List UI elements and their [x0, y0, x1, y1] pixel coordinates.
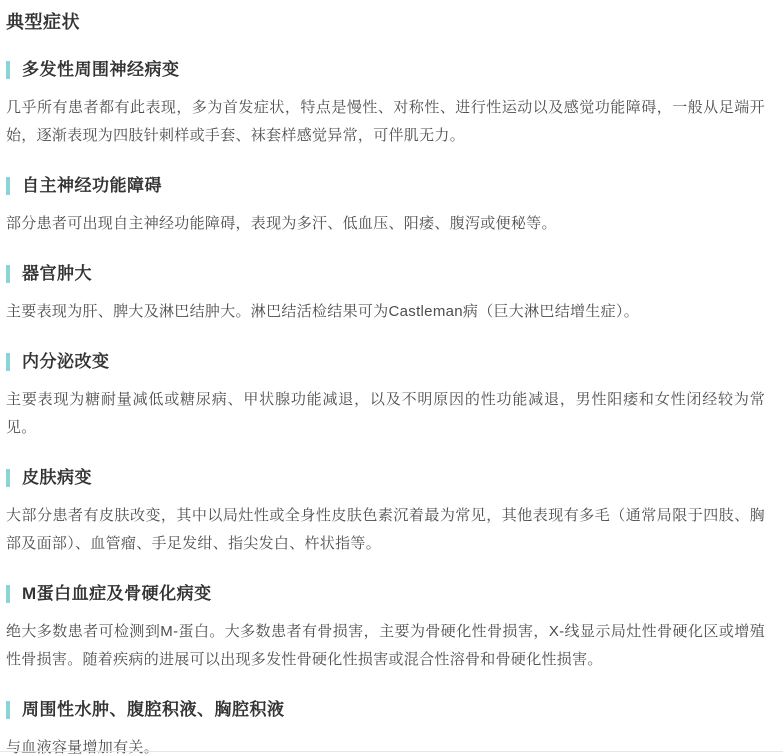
accent-bar — [6, 353, 10, 371]
symptom-section: M蛋白血症及骨硬化病变 绝大多数患者可检测到M-蛋白。大多数患者有骨损害，主要为… — [6, 583, 765, 674]
section-heading-text: 多发性周围神经病变 — [22, 59, 180, 81]
section-heading-text: 周围性水肿、腹腔积液、胸腔积液 — [22, 699, 285, 721]
section-heading: 周围性水肿、腹腔积液、胸腔积液 — [6, 699, 765, 721]
bottom-divider — [0, 751, 783, 752]
accent-bar — [6, 177, 10, 195]
accent-bar — [6, 61, 10, 79]
section-heading-text: 皮肤病变 — [22, 467, 92, 489]
section-heading: 皮肤病变 — [6, 467, 765, 489]
symptom-section: 内分泌改变 主要表现为糖耐量减低或糖尿病、甲状腺功能减退，以及不明原因的性功能减… — [6, 351, 765, 442]
accent-bar — [6, 585, 10, 603]
section-body: 主要表现为糖耐量减低或糖尿病、甲状腺功能减退，以及不明原因的性功能减退，男性阳痿… — [6, 386, 765, 442]
section-body: 几乎所有患者都有此表现，多为首发症状，特点是慢性、对称性、进行性运动以及感觉功能… — [6, 94, 765, 150]
section-heading-text: 内分泌改变 — [22, 351, 110, 373]
section-heading-text: 自主神经功能障碍 — [22, 175, 162, 197]
accent-bar — [6, 265, 10, 283]
section-heading: 多发性周围神经病变 — [6, 59, 765, 81]
section-heading-text: M蛋白血症及骨硬化病变 — [22, 583, 212, 605]
accent-bar — [6, 701, 10, 719]
symptom-section: 皮肤病变 大部分患者有皮肤改变，其中以局灶性或全身性皮肤色素沉着最为常见，其他表… — [6, 467, 765, 558]
symptom-section: 自主神经功能障碍 部分患者可出现自主神经功能障碍，表现为多汗、低血压、阳痿、腹泻… — [6, 175, 765, 238]
section-body: 部分患者可出现自主神经功能障碍，表现为多汗、低血压、阳痿、腹泻或便秘等。 — [6, 210, 765, 238]
accent-bar — [6, 469, 10, 487]
section-body: 主要表现为肝、脾大及淋巴结肿大。淋巴结活检结果可为Castleman病（巨大淋巴… — [6, 298, 765, 326]
symptom-section: 器官肿大 主要表现为肝、脾大及淋巴结肿大。淋巴结活检结果可为Castleman病… — [6, 263, 765, 326]
section-heading: 器官肿大 — [6, 263, 765, 285]
section-heading: 自主神经功能障碍 — [6, 175, 765, 197]
section-heading-text: 器官肿大 — [22, 263, 92, 285]
page-title: 典型症状 — [6, 10, 765, 34]
symptom-section: 多发性周围神经病变 几乎所有患者都有此表现，多为首发症状，特点是慢性、对称性、进… — [6, 59, 765, 150]
section-heading: 内分泌改变 — [6, 351, 765, 373]
section-body: 绝大多数患者可检测到M-蛋白。大多数患者有骨损害，主要为骨硬化性骨损害，X-线显… — [6, 618, 765, 674]
section-body: 大部分患者有皮肤改变，其中以局灶性或全身性皮肤色素沉着最为常见，其他表现有多毛（… — [6, 502, 765, 558]
symptom-section: 周围性水肿、腹腔积液、胸腔积液 与血液容量增加有关。 — [6, 699, 765, 754]
article-page: 典型症状 多发性周围神经病变 几乎所有患者都有此表现，多为首发症状，特点是慢性、… — [0, 0, 783, 754]
section-heading: M蛋白血症及骨硬化病变 — [6, 583, 765, 605]
